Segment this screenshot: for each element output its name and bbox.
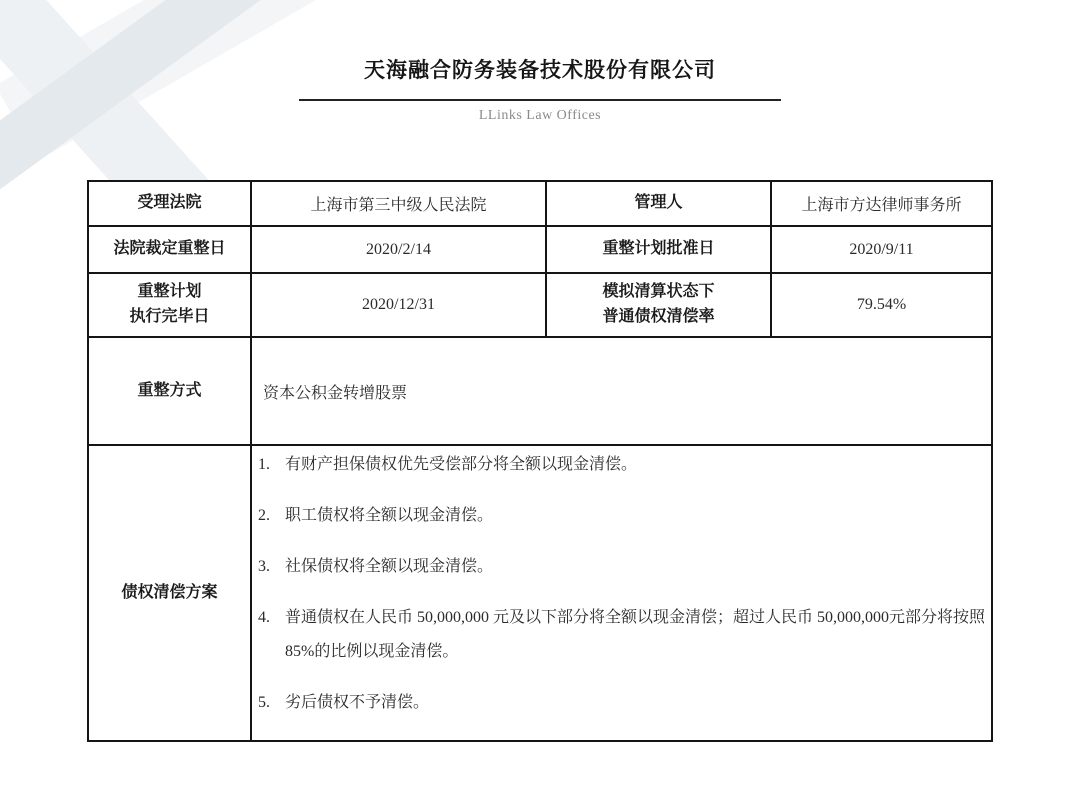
restructuring-info-table: 受理法院 上海市第三中级人民法院 管理人 上海市方达律师事务所 法院裁定重整日 … xyxy=(87,180,993,742)
document-page: 天海融合防务装备技术股份有限公司 LLinks Law Offices 受理法院… xyxy=(0,0,1080,810)
value-ruling-date: 2020/2/14 xyxy=(251,226,546,273)
company-title: 天海融合防务装备技术股份有限公司 xyxy=(0,54,1080,84)
list-item: 1. 有财产担保债权优先受偿部分将全额以现金清偿。 xyxy=(258,448,985,482)
label-completion-date: 重整计划 执行完毕日 xyxy=(88,273,251,337)
label-ruling-date: 法院裁定重整日 xyxy=(88,226,251,273)
list-item: 3. 社保债权将全额以现金清偿。 xyxy=(258,550,985,584)
table-row-repayment-plan: 债权清偿方案 1. 有财产担保债权优先受偿部分将全额以现金清偿。 2. 职工债权… xyxy=(88,445,992,741)
label-accepting-court: 受理法院 xyxy=(88,181,251,226)
list-item-number: 4. xyxy=(258,601,285,669)
label-administrator: 管理人 xyxy=(546,181,771,226)
list-item-number: 2. xyxy=(258,499,285,533)
repayment-plan-list: 1. 有财产担保债权优先受偿部分将全额以现金清偿。 2. 职工债权将全额以现金清… xyxy=(251,445,992,741)
list-item-text: 社保债权将全额以现金清偿。 xyxy=(285,550,985,584)
list-item-text: 劣后债权不予清偿。 xyxy=(285,686,985,720)
list-item-number: 5. xyxy=(258,686,285,720)
label-repayment-plan: 债权清偿方案 xyxy=(88,445,251,741)
list-item-text: 职工债权将全额以现金清偿。 xyxy=(285,499,985,533)
value-restructuring-method: 资本公积金转增股票 xyxy=(251,337,992,445)
document-header: 天海融合防务装备技术股份有限公司 LLinks Law Offices xyxy=(0,0,1080,124)
list-item-number: 1. xyxy=(258,448,285,482)
law-firm-subtitle: LLinks Law Offices xyxy=(0,108,1080,124)
value-accepting-court: 上海市第三中级人民法院 xyxy=(251,181,546,226)
table-row-court: 受理法院 上海市第三中级人民法院 管理人 上海市方达律师事务所 xyxy=(88,181,992,226)
title-underline xyxy=(299,99,781,101)
list-item: 5. 劣后债权不予清偿。 xyxy=(258,686,985,720)
value-plan-approval-date: 2020/9/11 xyxy=(771,226,992,273)
label-plan-approval-date: 重整计划批准日 xyxy=(546,226,771,273)
label-liquidation-repayment-rate: 模拟清算状态下 普通债权清偿率 xyxy=(546,273,771,337)
list-item-text: 普通债权在人民币 50,000,000 元及以下部分将全额以现金清偿；超过人民币… xyxy=(285,601,985,669)
list-item-number: 3. xyxy=(258,550,285,584)
value-liquidation-repayment-rate: 79.54% xyxy=(771,273,992,337)
label-restructuring-method: 重整方式 xyxy=(88,337,251,445)
table-row-dates: 法院裁定重整日 2020/2/14 重整计划批准日 2020/9/11 xyxy=(88,226,992,273)
value-administrator: 上海市方达律师事务所 xyxy=(771,181,992,226)
list-item: 2. 职工债权将全额以现金清偿。 xyxy=(258,499,985,533)
table-row-method: 重整方式 资本公积金转增股票 xyxy=(88,337,992,445)
table-row-completion: 重整计划 执行完毕日 2020/12/31 模拟清算状态下 普通债权清偿率 79… xyxy=(88,273,992,337)
list-item: 4. 普通债权在人民币 50,000,000 元及以下部分将全额以现金清偿；超过… xyxy=(258,601,985,669)
value-completion-date: 2020/12/31 xyxy=(251,273,546,337)
list-item-text: 有财产担保债权优先受偿部分将全额以现金清偿。 xyxy=(285,448,985,482)
